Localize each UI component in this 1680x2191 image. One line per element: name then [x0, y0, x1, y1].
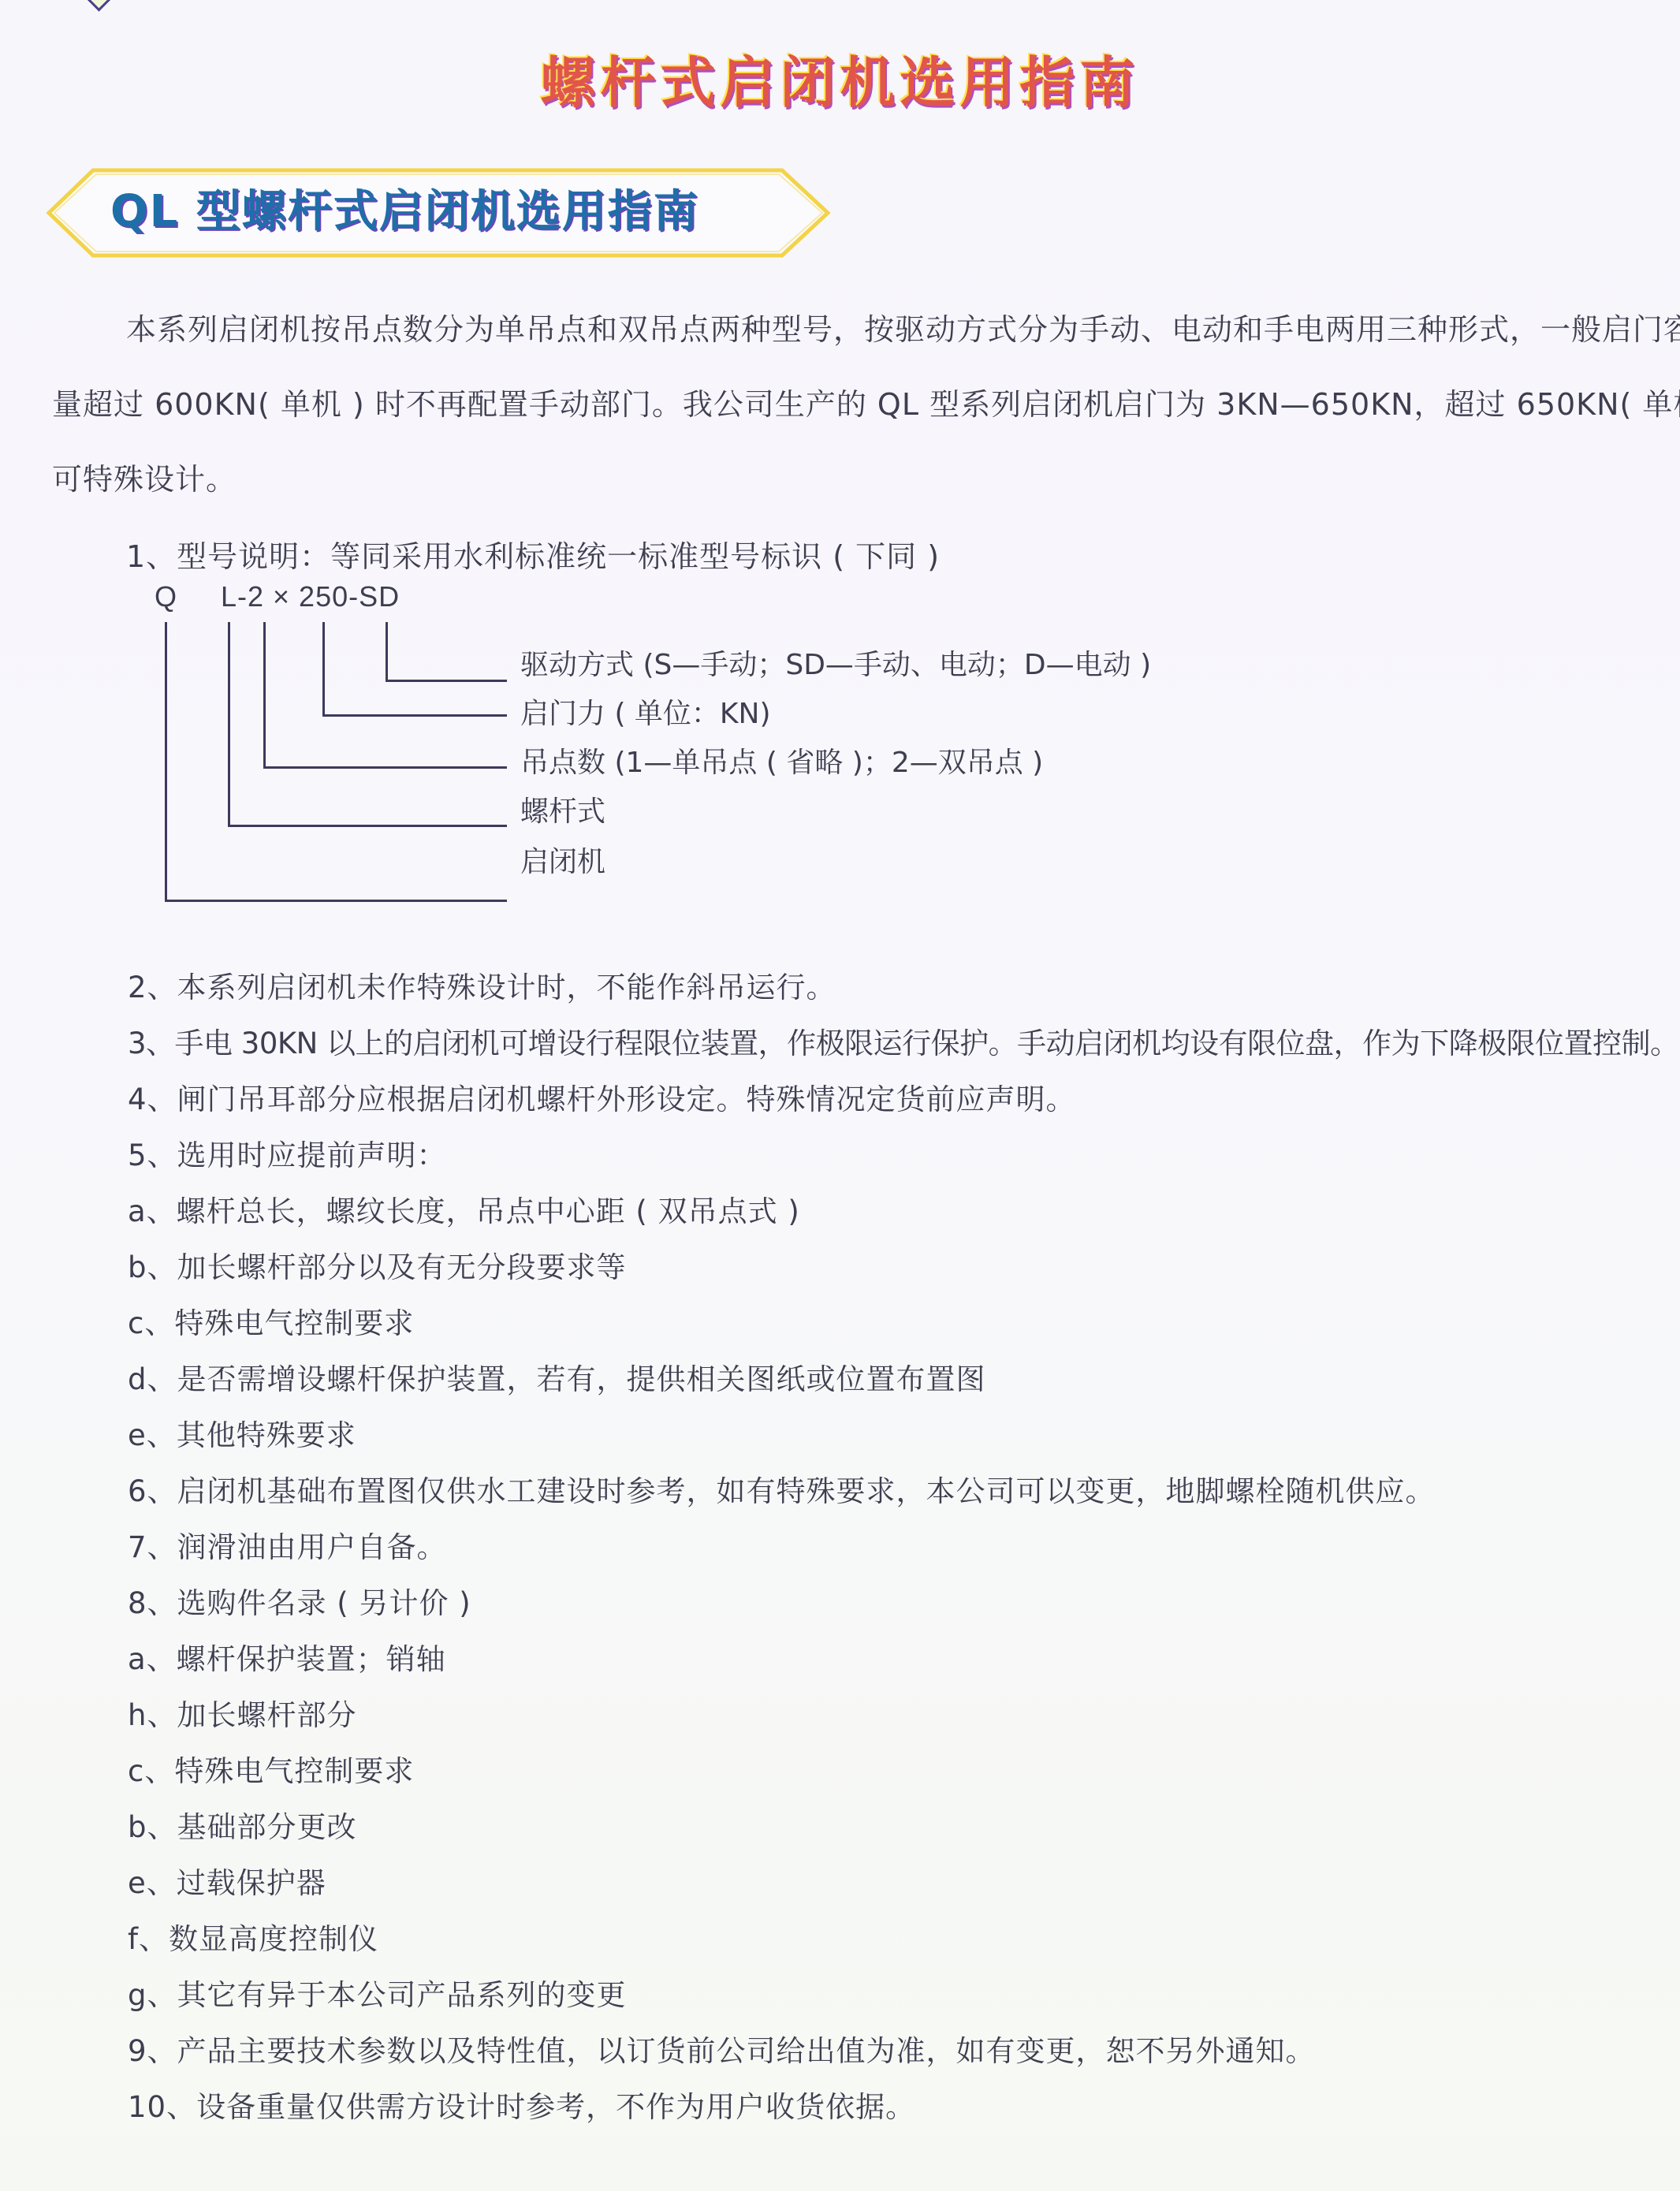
diagram-label-screw: 螺杆式	[520, 795, 605, 829]
intro-line: 量超过 600KN( 单机 ) 时不再配置手动部门。我公司生产的 QL 型系列启…	[52, 385, 1680, 424]
connector-line	[386, 680, 507, 682]
list-item: h、加长螺杆部分	[128, 1696, 356, 1735]
connector-line	[228, 622, 230, 827]
connector-line	[165, 900, 507, 902]
list-item: 4、闸门吊耳部分应根据启闭机螺杆外形设定。特殊情况定货前应声明。	[128, 1080, 1076, 1120]
list-item: d、是否需增设螺杆保护装置，若有，提供相关图纸或位置布置图	[128, 1360, 986, 1399]
list-item: b、加长螺杆部分以及有无分段要求等	[128, 1248, 627, 1287]
list-item: e、其他特殊要求	[128, 1416, 356, 1455]
page-title: 螺杆式启闭机选用指南	[0, 47, 1680, 118]
intro-line: 本系列启闭机按吊点数分为单吊点和双吊点两种型号，按驱动方式分为手动、电动和手电两…	[126, 310, 1680, 349]
connector-line	[322, 714, 507, 717]
list-item: 10、设备重量仅供需方设计时参考，不作为用户收货依据。	[128, 2088, 915, 2127]
list-item: b、基础部分更改	[128, 1808, 357, 1847]
diagram-label-lift-points: 吊点数 (1—单吊点 ( 省略 )；2—双吊点 )	[520, 746, 1043, 781]
list-item: 1、型号说明：等同采用水利标准统一标准型号标识 ( 下同 )	[126, 537, 940, 576]
connector-line	[322, 622, 325, 717]
list-item: 3、手电 30KN 以上的启闭机可增设行程限位装置，作极限运行保护。手动启闭机均…	[128, 1024, 1679, 1064]
connector-line	[386, 622, 388, 682]
list-item: c、特殊电气控制要求	[128, 1752, 414, 1791]
list-item: f、数显高度控制仪	[128, 1920, 378, 1959]
list-item: 9、产品主要技术参数以及特性值，以订货前公司给出值为准，如有变更，恕不另外通知。	[128, 2032, 1316, 2071]
section-heading: QL 型螺杆式启闭机选用指南	[110, 184, 699, 240]
model-code-q: Q	[155, 579, 177, 614]
list-item: c、特殊电气控制要求	[128, 1304, 414, 1343]
connector-line	[263, 766, 507, 769]
connector-line	[263, 622, 266, 769]
list-item: 5、选用时应提前声明：	[128, 1136, 447, 1176]
section-heading-banner: QL 型螺杆式启闭机选用指南	[46, 167, 831, 259]
list-item: a、螺杆总长，螺纹长度，吊点中心距 ( 双吊点式 )	[128, 1192, 800, 1232]
diagram-label-drive: 驱动方式 (S—手动；SD—手动、电动；D—电动 )	[520, 648, 1151, 683]
model-code-rest: L-2 × 250-SD	[221, 579, 400, 614]
list-item: 8、选购件名录 ( 另计价 )	[128, 1584, 471, 1623]
list-item: 6、启闭机基础布置图仅供水工建设时参考，如有特殊要求，本公司可以变更，地脚螺栓随…	[128, 1472, 1436, 1511]
list-item: g、其它有异于本公司产品系列的变更	[128, 1976, 627, 2015]
list-item: 2、本系列启闭机未作特殊设计时，不能作斜吊运行。	[128, 968, 836, 1008]
connector-line	[165, 622, 167, 902]
list-item: e、过载保护器	[128, 1864, 326, 1903]
connector-line	[228, 825, 507, 827]
diagram-label-force: 启门力 ( 单位：KN)	[520, 697, 771, 732]
intro-line: 可特殊设计。	[52, 460, 237, 499]
diagram-label-hoist: 启闭机	[520, 845, 605, 880]
list-item: 7、润滑油由用户自备。	[128, 1528, 447, 1567]
list-item: a、螺杆保护装置；销轴	[128, 1640, 446, 1679]
corner-diamond-icon	[84, 0, 114, 12]
